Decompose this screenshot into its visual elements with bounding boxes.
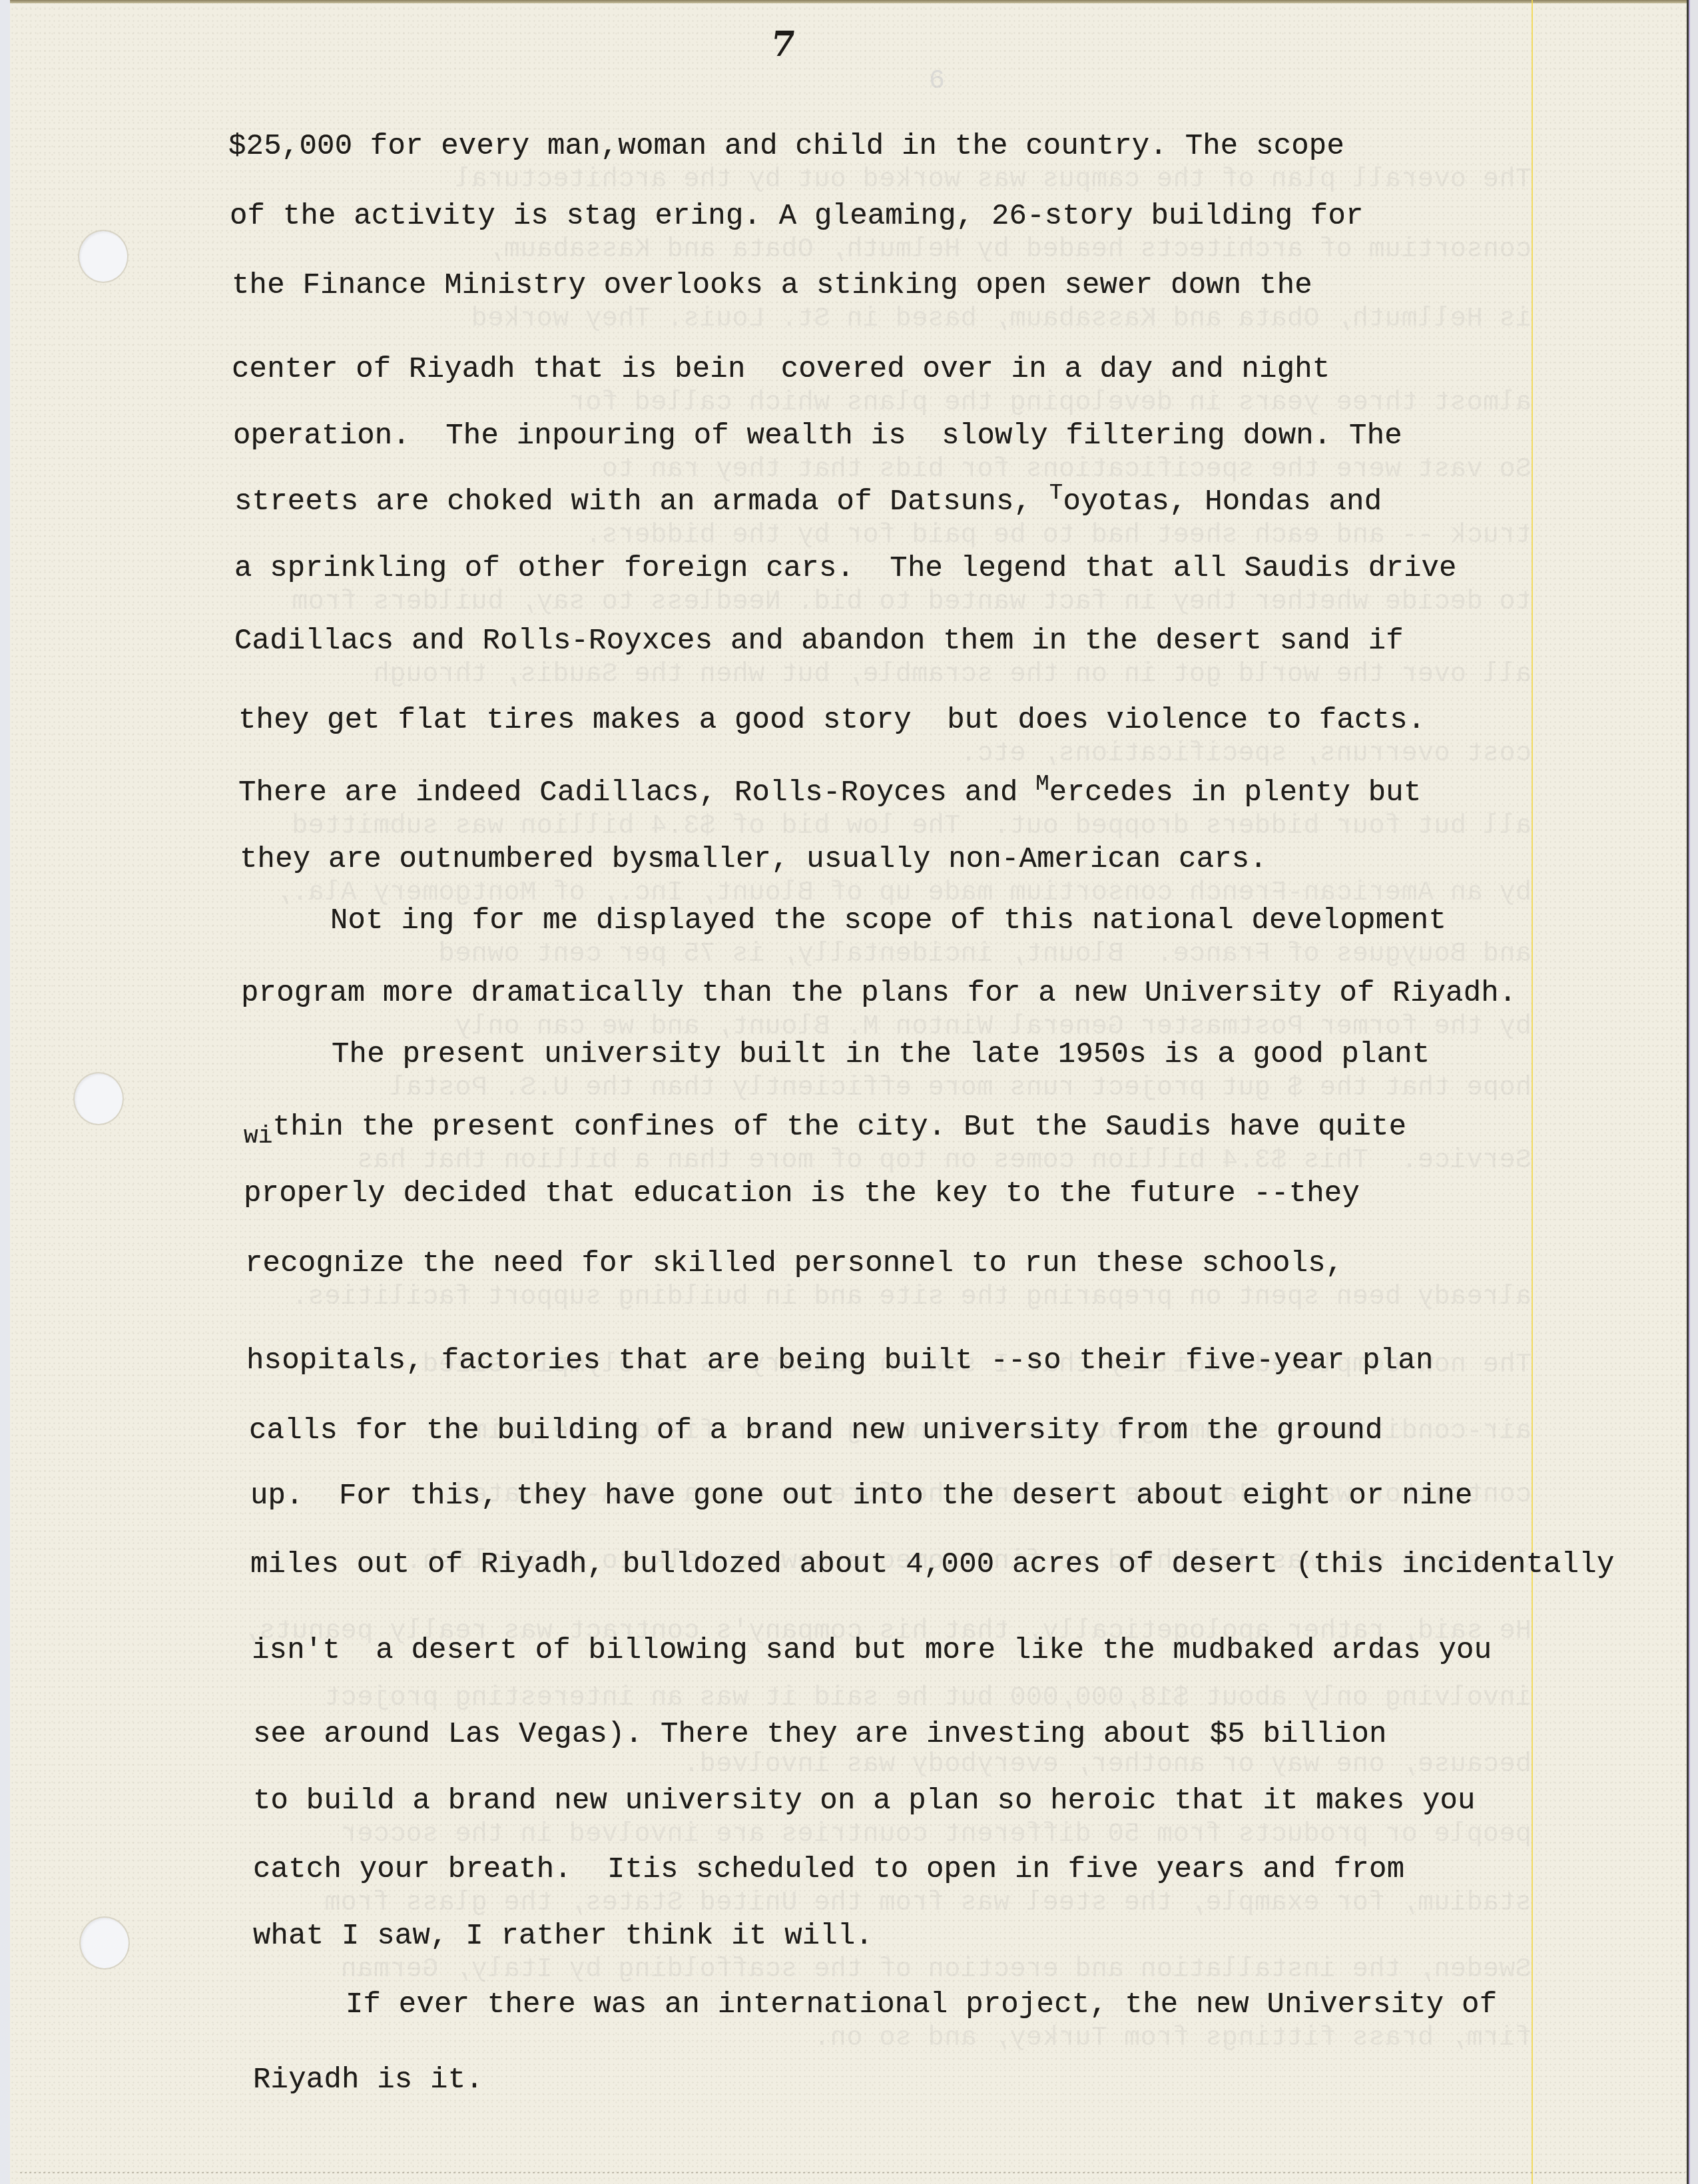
bleed-through-line: stadium, for example, the steel was from… <box>166 1888 1532 1918</box>
bleed-through-line: truck -- and each sheet had to be paid f… <box>166 521 1532 551</box>
bleed-through-line: already been spent on preparing the site… <box>166 1282 1532 1312</box>
text-segment: ercedes in plenty but <box>1049 776 1422 810</box>
bleed-through-line: consortium of architects headed by Helmu… <box>166 235 1532 265</box>
text-line: isn't a desert of billowing sand but mor… <box>252 1636 1492 1665</box>
raised-character: M <box>1035 772 1049 797</box>
text-segment: thin the present confines of the city. B… <box>273 1111 1407 1144</box>
text-line: Not ing for me displayed the scope of th… <box>330 906 1446 936</box>
text-line: a sprinkling of other foreign cars. The … <box>234 554 1457 583</box>
page-bottom-edge <box>20 2172 1685 2173</box>
bleed-through-line: people or products from 50 different cou… <box>166 1820 1532 1850</box>
text-line: the Finance Ministry overlooks a stinkin… <box>232 271 1312 300</box>
text-line: center of Riyadh that is bein covered ov… <box>232 355 1330 384</box>
bleed-through-line: Sweden, the installation and erection of… <box>166 1955 1532 1985</box>
punch-hole <box>81 1918 129 1968</box>
bleed-through-line: The overall plan of the campus was worke… <box>166 165 1532 195</box>
text-line: they are outnumbered bysmaller, usually … <box>240 845 1267 874</box>
bleed-through-line: cost overruns, specifications, etc. <box>166 739 1532 769</box>
text-segment: There are indeed Cadillacs, Rolls-Royces… <box>238 776 1035 810</box>
text-line: see around Las Vegas). There they are in… <box>253 1720 1387 1749</box>
page-top-edge <box>10 0 1688 3</box>
text-line: program more dramatically than the plans… <box>241 979 1517 1008</box>
text-line: catch your breath. Itis scheduled to ope… <box>253 1855 1404 1884</box>
scanner-right-border <box>1690 0 1698 2184</box>
text-line: $25,000 for every man,woman and child in… <box>228 132 1344 161</box>
bleed-through-line: Service. This $3.4 billion comes on top … <box>166 1146 1532 1176</box>
bleed-through-page-number: 6 <box>929 67 945 97</box>
text-line: calls for the building of a brand new un… <box>249 1416 1383 1446</box>
misaligned-characters: wi <box>244 1123 273 1150</box>
text-line: If ever there was an international proje… <box>346 1990 1497 2020</box>
bleed-through-line: all over the world got in on the scrambl… <box>166 660 1532 690</box>
text-line: up. For this, they have gone out into th… <box>250 1482 1473 1511</box>
bleed-through-line: and Bouygues of France. Blount, incident… <box>166 940 1532 969</box>
bleed-through-line: involving only about $18,000,000 but he … <box>166 1683 1532 1713</box>
bleed-through-line: hope that the $ gut project runs more ef… <box>166 1073 1532 1103</box>
bleed-through-line: is Hellmuth, Obata and Kassabaum, based … <box>166 304 1532 334</box>
text-line: to build a brand new university on a pla… <box>253 1786 1476 1816</box>
bleed-through-line: almost three years in developing the pla… <box>166 388 1532 418</box>
yellow-margin-line <box>1532 0 1533 2184</box>
bleed-through-line: So vast were the specifications for bids… <box>166 455 1532 485</box>
punch-hole <box>79 231 127 282</box>
text-line: miles out of Riyadh, bulldozed about 4,0… <box>250 1550 1615 1579</box>
punch-hole <box>75 1073 123 1124</box>
text-line: recognize the need for skilled personnel… <box>245 1249 1343 1278</box>
bleed-through-line: all but four bidders dropped out. The lo… <box>166 812 1532 842</box>
text-line: Cadillacs and Rolls-Royxces and abandon … <box>234 627 1404 656</box>
text-line: operation. The inpouring of wealth is sl… <box>233 421 1402 451</box>
text-line: they get flat tires makes a good story b… <box>238 706 1426 735</box>
text-line: what I saw, I rather think it will. <box>253 1922 873 1951</box>
text-line: streets are choked with an armada of Dat… <box>234 487 1382 517</box>
text-line: within the present confines of the city.… <box>244 1113 1406 1142</box>
text-segment: streets are choked with an armada of Dat… <box>234 485 1049 519</box>
text-line: There are indeed Cadillacs, Rolls-Royces… <box>238 778 1422 808</box>
scanner-left-border <box>0 0 10 2184</box>
text-segment: oyotas, Hondas and <box>1063 485 1382 519</box>
bleed-through-line: to decide whether they in fact wanted to… <box>166 587 1532 617</box>
raised-character: T <box>1049 481 1063 506</box>
text-line: hsopitals, factories that are being buil… <box>246 1346 1434 1376</box>
text-line: The present university built in the late… <box>332 1040 1430 1069</box>
text-line: of the activity is stag ering. A gleamin… <box>230 202 1364 231</box>
bleed-through-line: because, one way or another, everybody w… <box>166 1750 1532 1780</box>
text-line: properly decided that education is the k… <box>244 1179 1360 1209</box>
text-line: Riyadh is it. <box>253 2065 483 2095</box>
bleed-through-line: firm, brass fittings from Turkey, and so… <box>166 2024 1532 2053</box>
